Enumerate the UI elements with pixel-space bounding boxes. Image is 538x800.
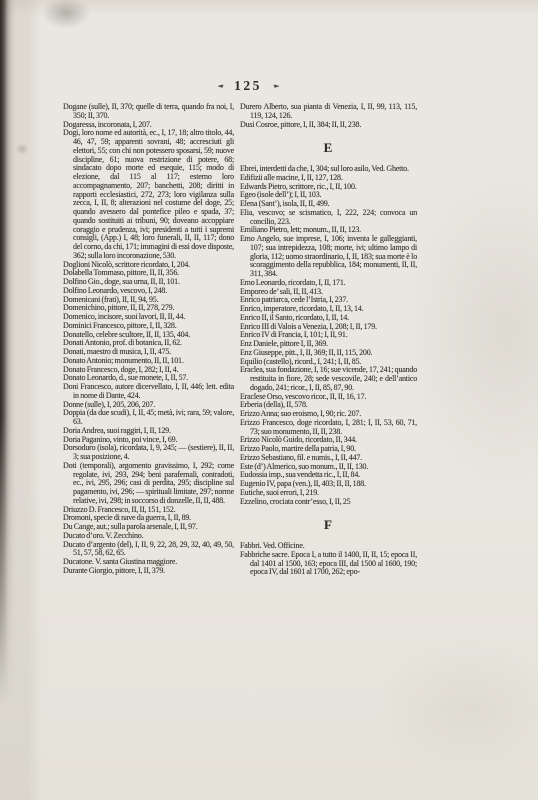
index-entry: Doni Francesco, autore dicervellato, I, … bbox=[63, 383, 234, 401]
index-entry: Dogane (sulle), II, 370; quelle di terra… bbox=[63, 103, 234, 121]
page-header: ◄-125-► bbox=[63, 77, 433, 95]
index-entry: Ezzelino, crociata contr’esso, I, II, 25 bbox=[240, 498, 417, 507]
index-entry: Eraclea, sua fondazione, I, 16; sue vice… bbox=[240, 366, 417, 392]
index-entry: Dogi, loro nome ed autorità, ec., I, 17,… bbox=[63, 129, 234, 260]
index-entry: Elia, vescovo; se scismatico, I, 222, 22… bbox=[240, 209, 417, 227]
index-entry: Durero Alberto, sua pianta di Venezia, I… bbox=[240, 103, 417, 121]
index-entry: Dorsoduro (isola), ricordata, I, 9, 245;… bbox=[63, 444, 234, 462]
page-gutter-shadow bbox=[0, 0, 16, 800]
index-entry: Ducato d’argento (del), I, II, 9, 22, 28… bbox=[63, 541, 234, 559]
index-entry: Emo Angelo, sue imprese, I, 106; inventa… bbox=[240, 235, 417, 279]
index-entry: Fabbriche sacre. Epoca I, a tutto il 140… bbox=[240, 551, 417, 577]
section-heading-f: F bbox=[240, 521, 417, 530]
ornament-left-icon: ◄- bbox=[217, 82, 223, 90]
index-entry: Dusi Cosroe, pittore, I, II, 384; II, II… bbox=[240, 121, 417, 130]
index-column-right: Durero Alberto, sua pianta di Venezia, I… bbox=[240, 103, 417, 577]
page-number: 125 bbox=[234, 78, 262, 93]
index-column-left: Dogane (sulle), II, 370; quelle di terra… bbox=[63, 103, 234, 576]
section-heading-e: E bbox=[240, 144, 417, 153]
index-entry: Doti (temporali), argomento gravissimo, … bbox=[63, 462, 234, 506]
ornament-right-icon: -► bbox=[273, 82, 279, 90]
index-entry: Erizzo Francesco, doge ricordato, I, 281… bbox=[240, 419, 417, 437]
index-entry: Durante Giorgio, pittore, I, II, 379. bbox=[63, 567, 234, 576]
scanned-book-page: ◄-125-► Dogane (sulle), II, 370; quelle … bbox=[0, 0, 538, 800]
index-entry: Doppia (da due scudi), I, II, 45; metà, … bbox=[63, 409, 234, 427]
